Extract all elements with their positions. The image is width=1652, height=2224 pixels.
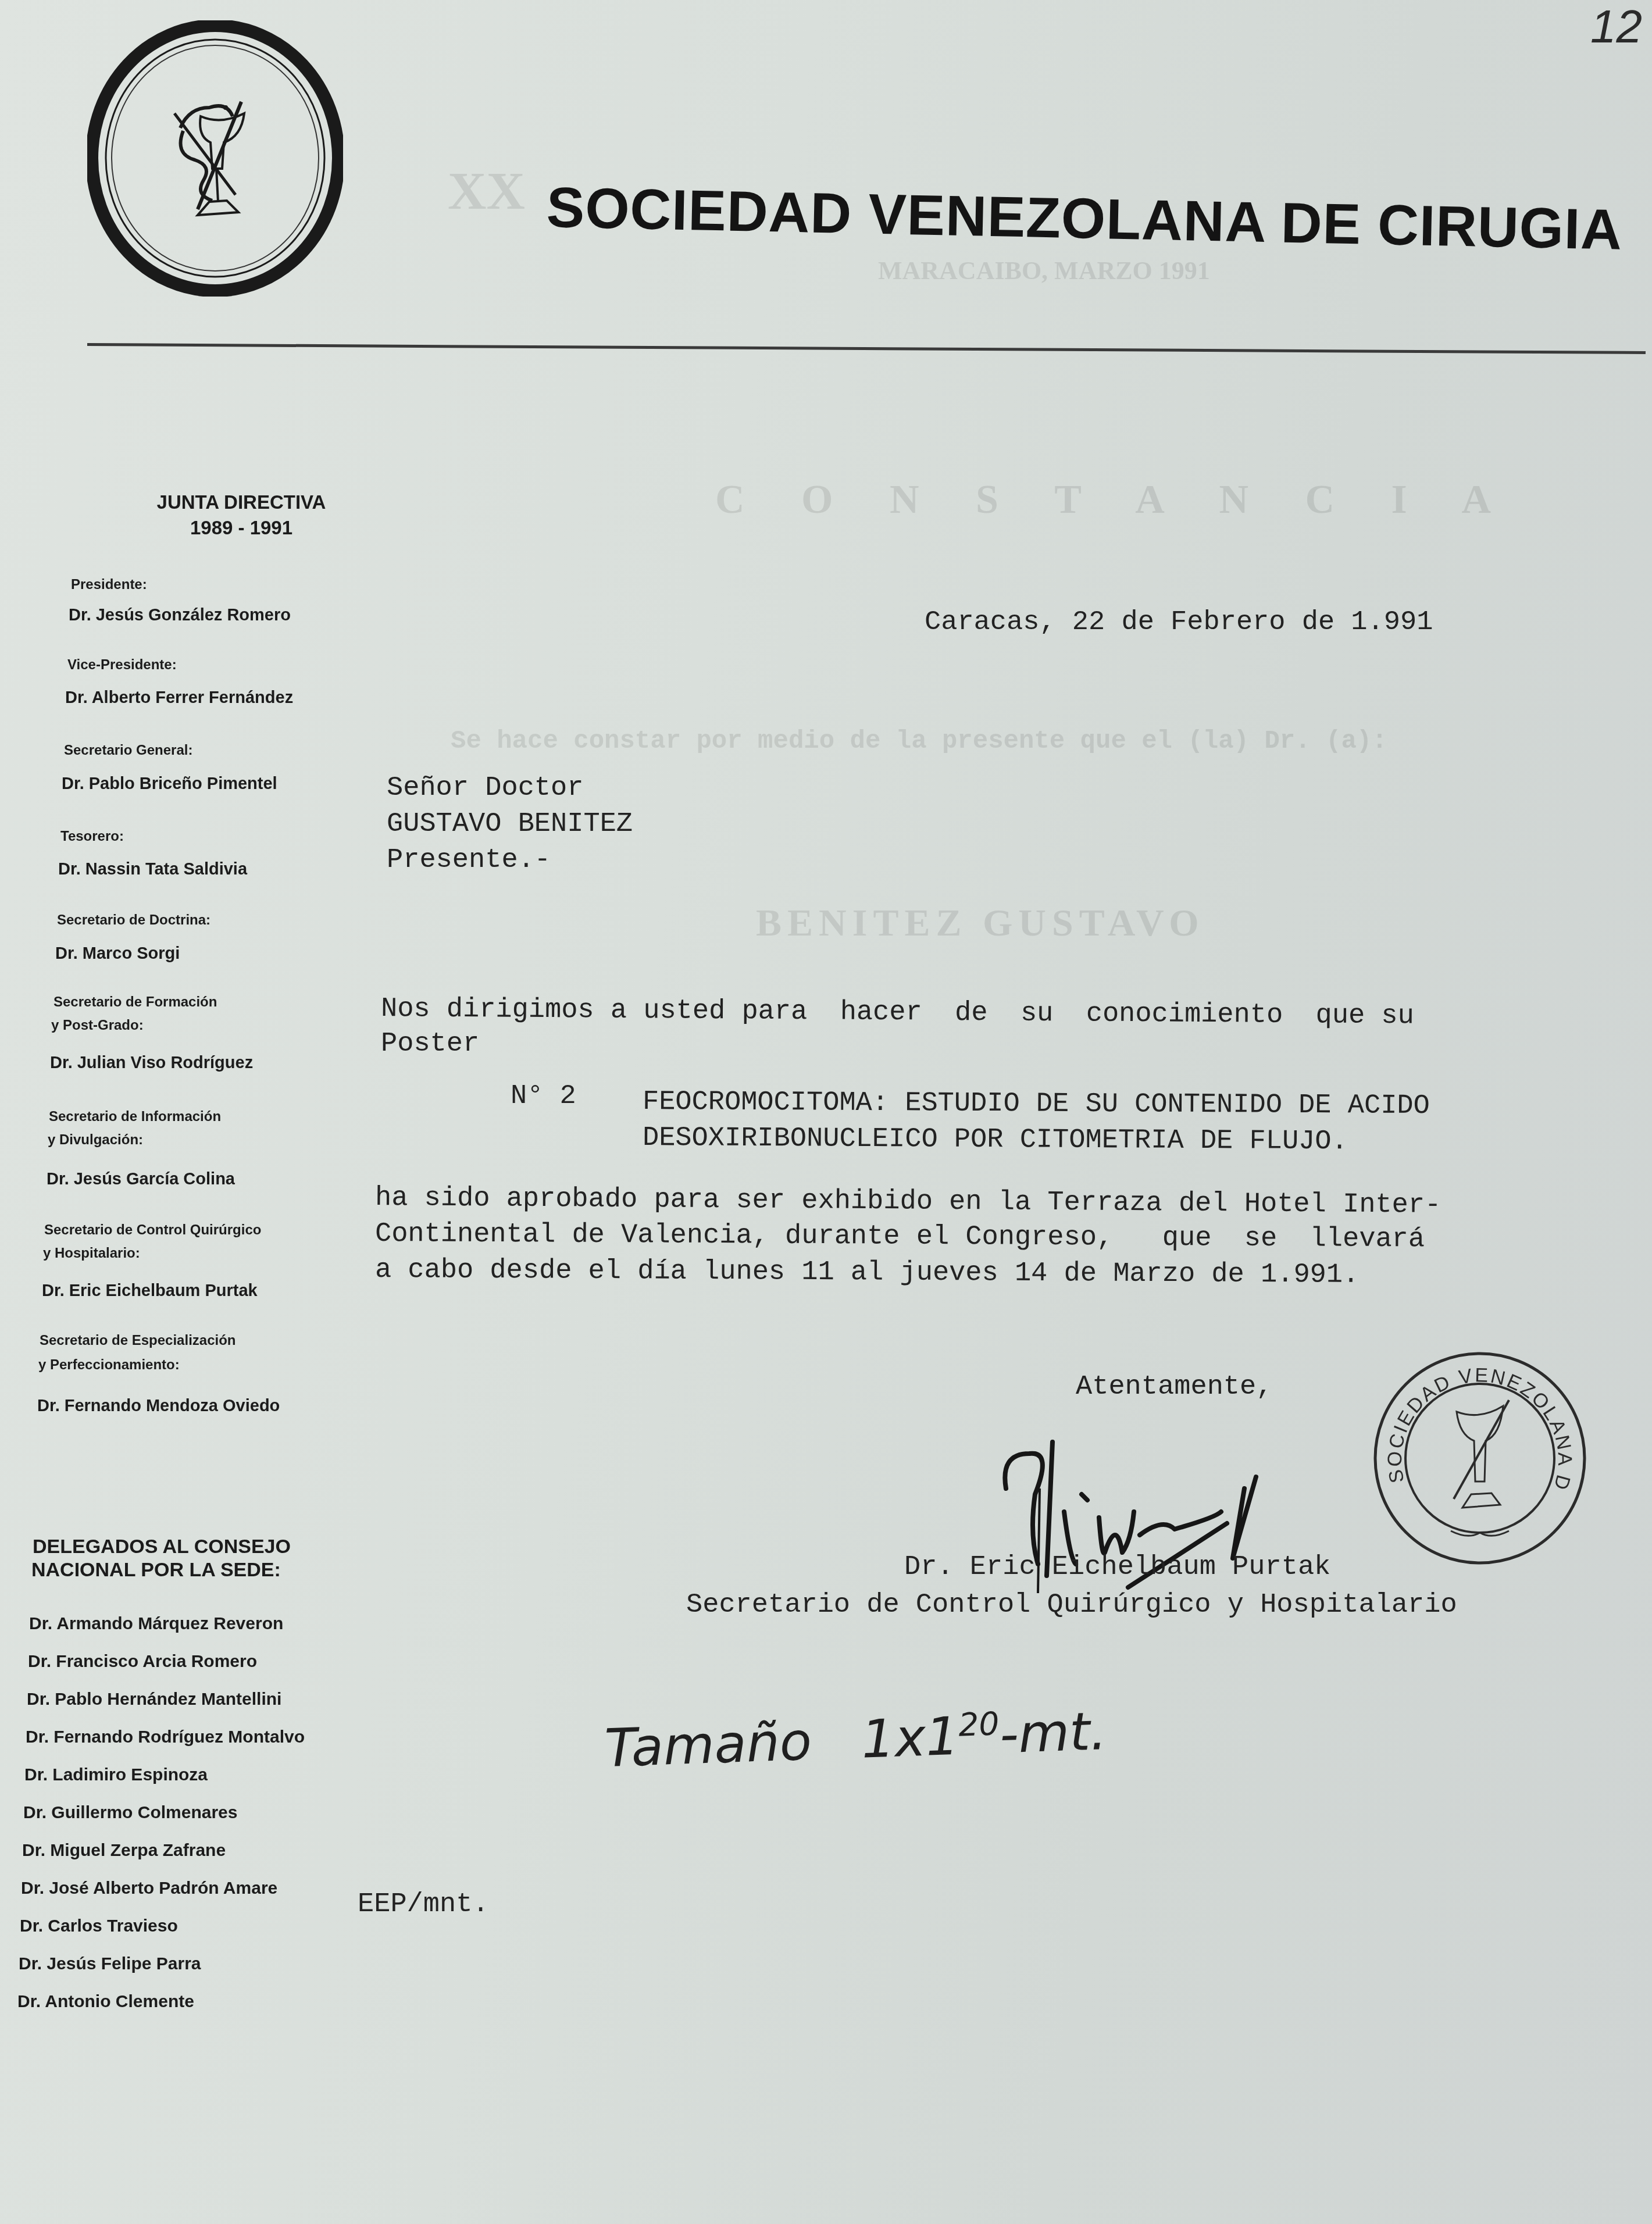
delegate-name: Dr. José Alberto Padrón Amare (21, 1869, 277, 1907)
delegate-name: Dr. Antonio Clemente (17, 1983, 194, 2020)
officer-role: Tesorero: (60, 827, 124, 845)
handwritten-label: Tamaño (604, 1711, 812, 1779)
bleed-through-city-line: MARACAIBO, MARZO 1991 (878, 256, 1210, 285)
officer-role: Secretario General: (64, 741, 192, 759)
letter-date: Caracas, 22 de Febrero de 1.991 (925, 605, 1433, 641)
recipient-closing: Presente.- (387, 843, 551, 879)
intro-line-2: Poster (381, 1026, 479, 1062)
handwritten-size-note: Tamaño 1x120-mt. (604, 1701, 1107, 1779)
poster-number: N° 2 (511, 1079, 576, 1115)
delegate-name: Dr. Pablo Hernández Mantellini (27, 1680, 281, 1718)
officer-name: Dr. Nassin Tata Saldivia (58, 858, 247, 881)
delegates-title: DELEGADOS AL CONSEJO (33, 1535, 291, 1558)
header-divider (87, 343, 1646, 354)
delegate-name: Dr. Francisco Arcia Romero (28, 1643, 257, 1680)
delegate-name: Dr. Carlos Travieso (20, 1907, 178, 1945)
officer-name: Dr. Julian Viso Rodríguez (50, 1051, 253, 1074)
junta-directiva-years: 1989 - 1991 (102, 515, 381, 541)
poster-title-line-2: DESOXIRIBONUCLEICO POR CITOMETRIA DE FLU… (643, 1120, 1348, 1160)
poster-title-line-1: FEOCROMOCITOMA: ESTUDIO DE SU CONTENIDO … (643, 1084, 1430, 1125)
signer-name: Dr. Eric Eichelbaum Purtak (904, 1550, 1330, 1586)
officer-role: Secretario de Doctrina: (57, 911, 210, 929)
officer-name: Dr. Marco Sorgi (55, 942, 180, 965)
officer-name: Dr. Eric Eichelbaum Purtak (42, 1279, 258, 1302)
body-line-3: a cabo desde el día lunes 11 al jueves 1… (375, 1252, 1360, 1294)
society-stamp-icon: SOCIEDAD VENEZOLANA DE CIRUGIA (1369, 1348, 1590, 1569)
recipient-salutation: Señor Doctor (387, 770, 583, 806)
officer-name: Dr. Jesús González Romero (69, 604, 291, 627)
bleed-through-roman-numeral: XX (448, 160, 525, 222)
officer-role-cont: y Divulgación: (48, 1131, 143, 1149)
stamp-ring-text: SOCIEDAD VENEZOLANA DE CIRUGIA (1369, 1348, 1576, 1494)
delegate-name: Dr. Miguel Zerpa Zafrane (22, 1832, 226, 1869)
officer-role-cont: y Hospitalario: (43, 1244, 140, 1262)
delegate-name: Dr. Fernando Rodríguez Montalvo (26, 1718, 305, 1756)
bleed-through-name: BENITEZ GUSTAVO (756, 901, 1205, 945)
signer-title: Secretario de Control Quirúrgico y Hospi… (686, 1587, 1457, 1623)
officer-role: Secretario de Control Quirúrgico (44, 1221, 261, 1239)
handwritten-unit: -mt. (998, 1701, 1108, 1765)
svg-text:SOCIEDAD VENEZOLANA DE CIRUGIA: SOCIEDAD VENEZOLANA DE CIRUGIA (1369, 1348, 1576, 1494)
officer-name: Dr. Fernando Mendoza Oviedo (37, 1394, 280, 1418)
officer-role: Secretario de Formación (53, 993, 217, 1011)
delegate-name: Dr. Jesús Felipe Parra (19, 1945, 201, 1983)
intro-line-1: Nos dirigimos a usted para hacer de su c… (381, 991, 1414, 1034)
officer-name: Dr. Alberto Ferrer Fernández (65, 686, 293, 709)
officer-role: Presidente: (71, 576, 147, 594)
reference-initials: EEP/mnt. (358, 1887, 489, 1923)
officer-role-cont: y Post-Grado: (51, 1016, 144, 1034)
page-number-handwritten: 12 (1590, 0, 1642, 53)
officer-name: Dr. Jesús García Colina (47, 1168, 235, 1191)
handwritten-size-main: 1x1 (861, 1706, 960, 1770)
junta-directiva-title: JUNTA DIRECTIVA (102, 490, 381, 515)
body-line-2: Continental de Valencia, durante el Cong… (375, 1216, 1425, 1258)
delegate-name: Dr. Guillermo Colmenares (23, 1794, 237, 1832)
recipient-name: GUSTAVO BENITEZ (387, 806, 633, 843)
officer-role: Secretario de Información (49, 1108, 221, 1126)
delegate-name: Dr. Armando Márquez Reveron (29, 1605, 283, 1643)
officer-name: Dr. Pablo Briceño Pimentel (62, 772, 277, 795)
delegates-title-cont: NACIONAL POR LA SEDE: (31, 1558, 281, 1582)
officer-role: Vice-Presidente: (67, 656, 177, 674)
bleed-through-line1: Se hace constar por medio de la presente… (451, 727, 1387, 756)
delegate-name: Dr. Ladimiro Espinoza (24, 1756, 208, 1794)
letter-closing: Atentamente, (1076, 1369, 1272, 1405)
officer-role-cont: y Perfeccionamiento: (38, 1356, 180, 1374)
organization-title: SOCIEDAD VENEZOLANA DE CIRUGIA (546, 174, 1623, 263)
society-logo-icon (87, 20, 343, 297)
handwritten-size-sup: 20 (958, 1705, 1000, 1743)
bleed-through-title: C O N S T A N C I A (715, 477, 1514, 523)
officer-role: Secretario de Especialización (40, 1331, 236, 1350)
